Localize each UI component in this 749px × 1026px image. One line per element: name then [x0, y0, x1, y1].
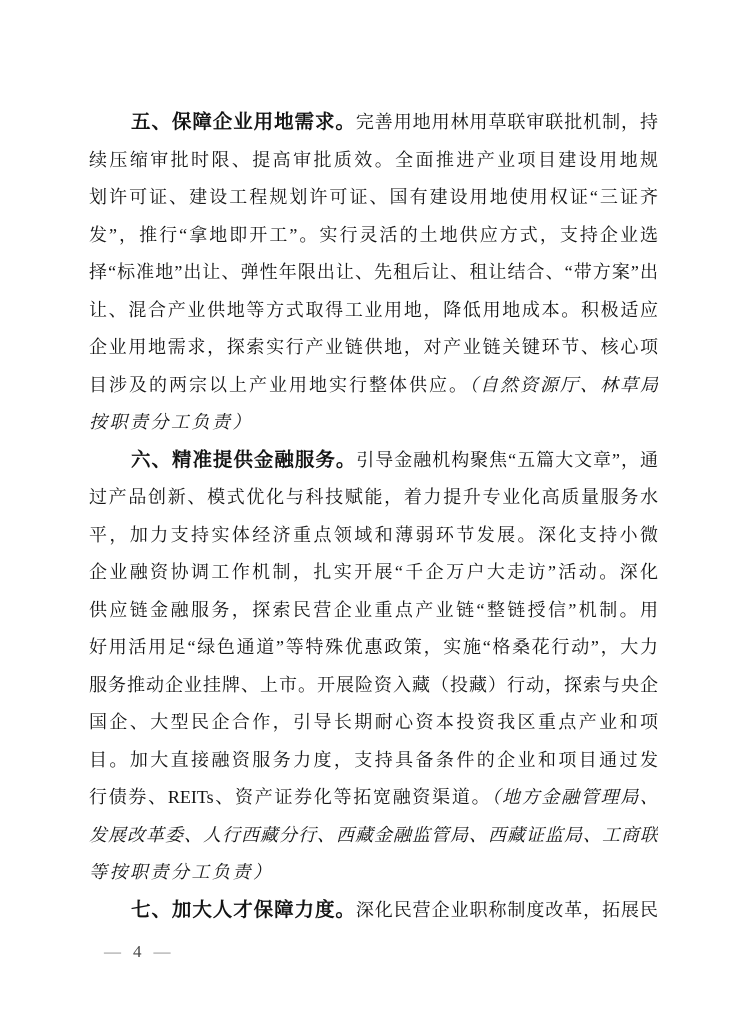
text-run: 服务推动企业挂牌、上市。开展险资入藏（投藏）行动，探索与央企	[89, 675, 658, 695]
text-run: 企业用地需求，探索实行产业链供地，对产业链关键环节、核心项	[89, 337, 658, 357]
text-line: 平，加力支持实体经济重点领域和薄弱环节发展。深化支持小微	[89, 517, 658, 555]
text-line: 划许可证、建设工程规划许可证、国有建设用地使用权证“三证齐	[89, 179, 658, 217]
footer-dash-left: —	[104, 942, 121, 962]
text-run: 发展改革委、人行西藏分行、西藏金融监管局、西藏证监局、工商联	[89, 825, 658, 845]
footer-dash-right: —	[154, 942, 171, 962]
text-line: 服务推动企业挂牌、上市。开展险资入藏（投藏）行动，探索与央企	[89, 667, 658, 705]
text-line: 五、保障企业用地需求。完善用地用林用草联审联批机制，持	[89, 104, 658, 142]
text-run: 划许可证、建设工程规划许可证、国有建设用地使用权证“三证齐	[89, 187, 658, 207]
text-line: 择“标准地”出让、弹性年限出让、先租后让、租让结合、“带方案”出	[89, 254, 658, 292]
text-run: 目涉及的两宗以上产业用地实行整体供应。	[89, 375, 469, 395]
text-run: 好用活用足“绿色通道”等特殊优惠政策，实施“格桑花行动”，大力	[89, 637, 658, 657]
page-footer: — 4 —	[104, 941, 171, 963]
text-line: 目涉及的两宗以上产业用地实行整体供应。（自然资源厅、林草局	[89, 367, 658, 405]
text-line: 行债券、REITs、资产证券化等拓宽融资渠道。（地方金融管理局、	[89, 779, 658, 817]
text-run: 国企、大型民企合作，引导长期耐心资本投资我区重点产业和项	[89, 712, 658, 732]
text-run: 续压缩审批时限、提高审批质效。全面推进产业项目建设用地规	[89, 150, 658, 170]
document-body: 五、保障企业用地需求。完善用地用林用草联审联批机制，持续压缩审批时限、提高审批质…	[89, 104, 658, 929]
text-line: 等按职责分工负责）	[89, 854, 658, 892]
text-line: 企业用地需求，探索实行产业链供地，对产业链关键环节、核心项	[89, 329, 658, 367]
text-run: 平，加力支持实体经济重点领域和薄弱环节发展。深化支持小微	[89, 525, 658, 545]
text-run: 五、保障企业用地需求。	[131, 111, 356, 133]
text-line: 七、加大人才保障力度。深化民营企业职称制度改革，拓展民	[89, 892, 658, 930]
text-run: 按职责分工负责）	[89, 412, 253, 432]
text-line: 好用活用足“绿色通道”等特殊优惠政策，实施“格桑花行动”，大力	[89, 629, 658, 667]
text-run: 等按职责分工负责）	[89, 862, 274, 882]
text-line: 供应链金融服务，探索民营企业重点产业链“整链授信”机制。用	[89, 592, 658, 630]
text-run: 行债券、REITs、资产证券化等拓宽融资渠道。	[89, 787, 491, 807]
text-line: 按职责分工负责）	[89, 404, 658, 442]
text-run: 引导金融机构聚焦“五篇大文章”，通	[356, 450, 658, 470]
text-run: 深化民营企业职称制度改革，拓展民	[356, 900, 658, 920]
text-line: 国企、大型民企合作，引导长期耐心资本投资我区重点产业和项	[89, 704, 658, 742]
text-run: （地方金融管理局、	[491, 787, 658, 807]
text-line: 发展改革委、人行西藏分行、西藏金融监管局、西藏证监局、工商联	[89, 817, 658, 855]
text-line: 过产品创新、模式优化与科技赋能，着力提升专业化高质量服务水	[89, 479, 658, 517]
document-page: 五、保障企业用地需求。完善用地用林用草联审联批机制，持续压缩审批时限、提高审批质…	[0, 0, 749, 1026]
text-line: 续压缩审批时限、提高审批质效。全面推进产业项目建设用地规	[89, 142, 658, 180]
page-number: 4	[133, 942, 142, 962]
text-run: 七、加大人才保障力度。	[131, 899, 356, 921]
text-line: 目。加大直接融资服务力度，支持具备条件的企业和项目通过发	[89, 742, 658, 780]
text-run: 完善用地用林用草联审联批机制，持	[356, 112, 658, 132]
text-run: （自然资源厅、林草局	[469, 375, 658, 395]
text-line: 企业融资协调工作机制，扎实开展“千企万户大走访”活动。深化	[89, 554, 658, 592]
text-line: 六、精准提供金融服务。引导金融机构聚焦“五篇大文章”，通	[89, 442, 658, 480]
text-run: 目。加大直接融资服务力度，支持具备条件的企业和项目通过发	[89, 750, 658, 770]
text-run: 企业融资协调工作机制，扎实开展“千企万户大走访”活动。深化	[89, 562, 658, 582]
text-run: 发”，推行“拿地即开工”。实行灵活的土地供应方式，支持企业选	[89, 225, 658, 245]
text-run: 择“标准地”出让、弹性年限出让、先租后让、租让结合、“带方案”出	[89, 262, 658, 282]
text-run: 让、混合产业供地等方式取得工业用地，降低用地成本。积极适应	[89, 300, 658, 320]
text-run: 六、精准提供金融服务。	[131, 449, 356, 471]
text-line: 发”，推行“拿地即开工”。实行灵活的土地供应方式，支持企业选	[89, 217, 658, 255]
text-run: 过产品创新、模式优化与科技赋能，着力提升专业化高质量服务水	[89, 487, 658, 507]
text-line: 让、混合产业供地等方式取得工业用地，降低用地成本。积极适应	[89, 292, 658, 330]
text-run: 供应链金融服务，探索民营企业重点产业链“整链授信”机制。用	[89, 600, 658, 620]
